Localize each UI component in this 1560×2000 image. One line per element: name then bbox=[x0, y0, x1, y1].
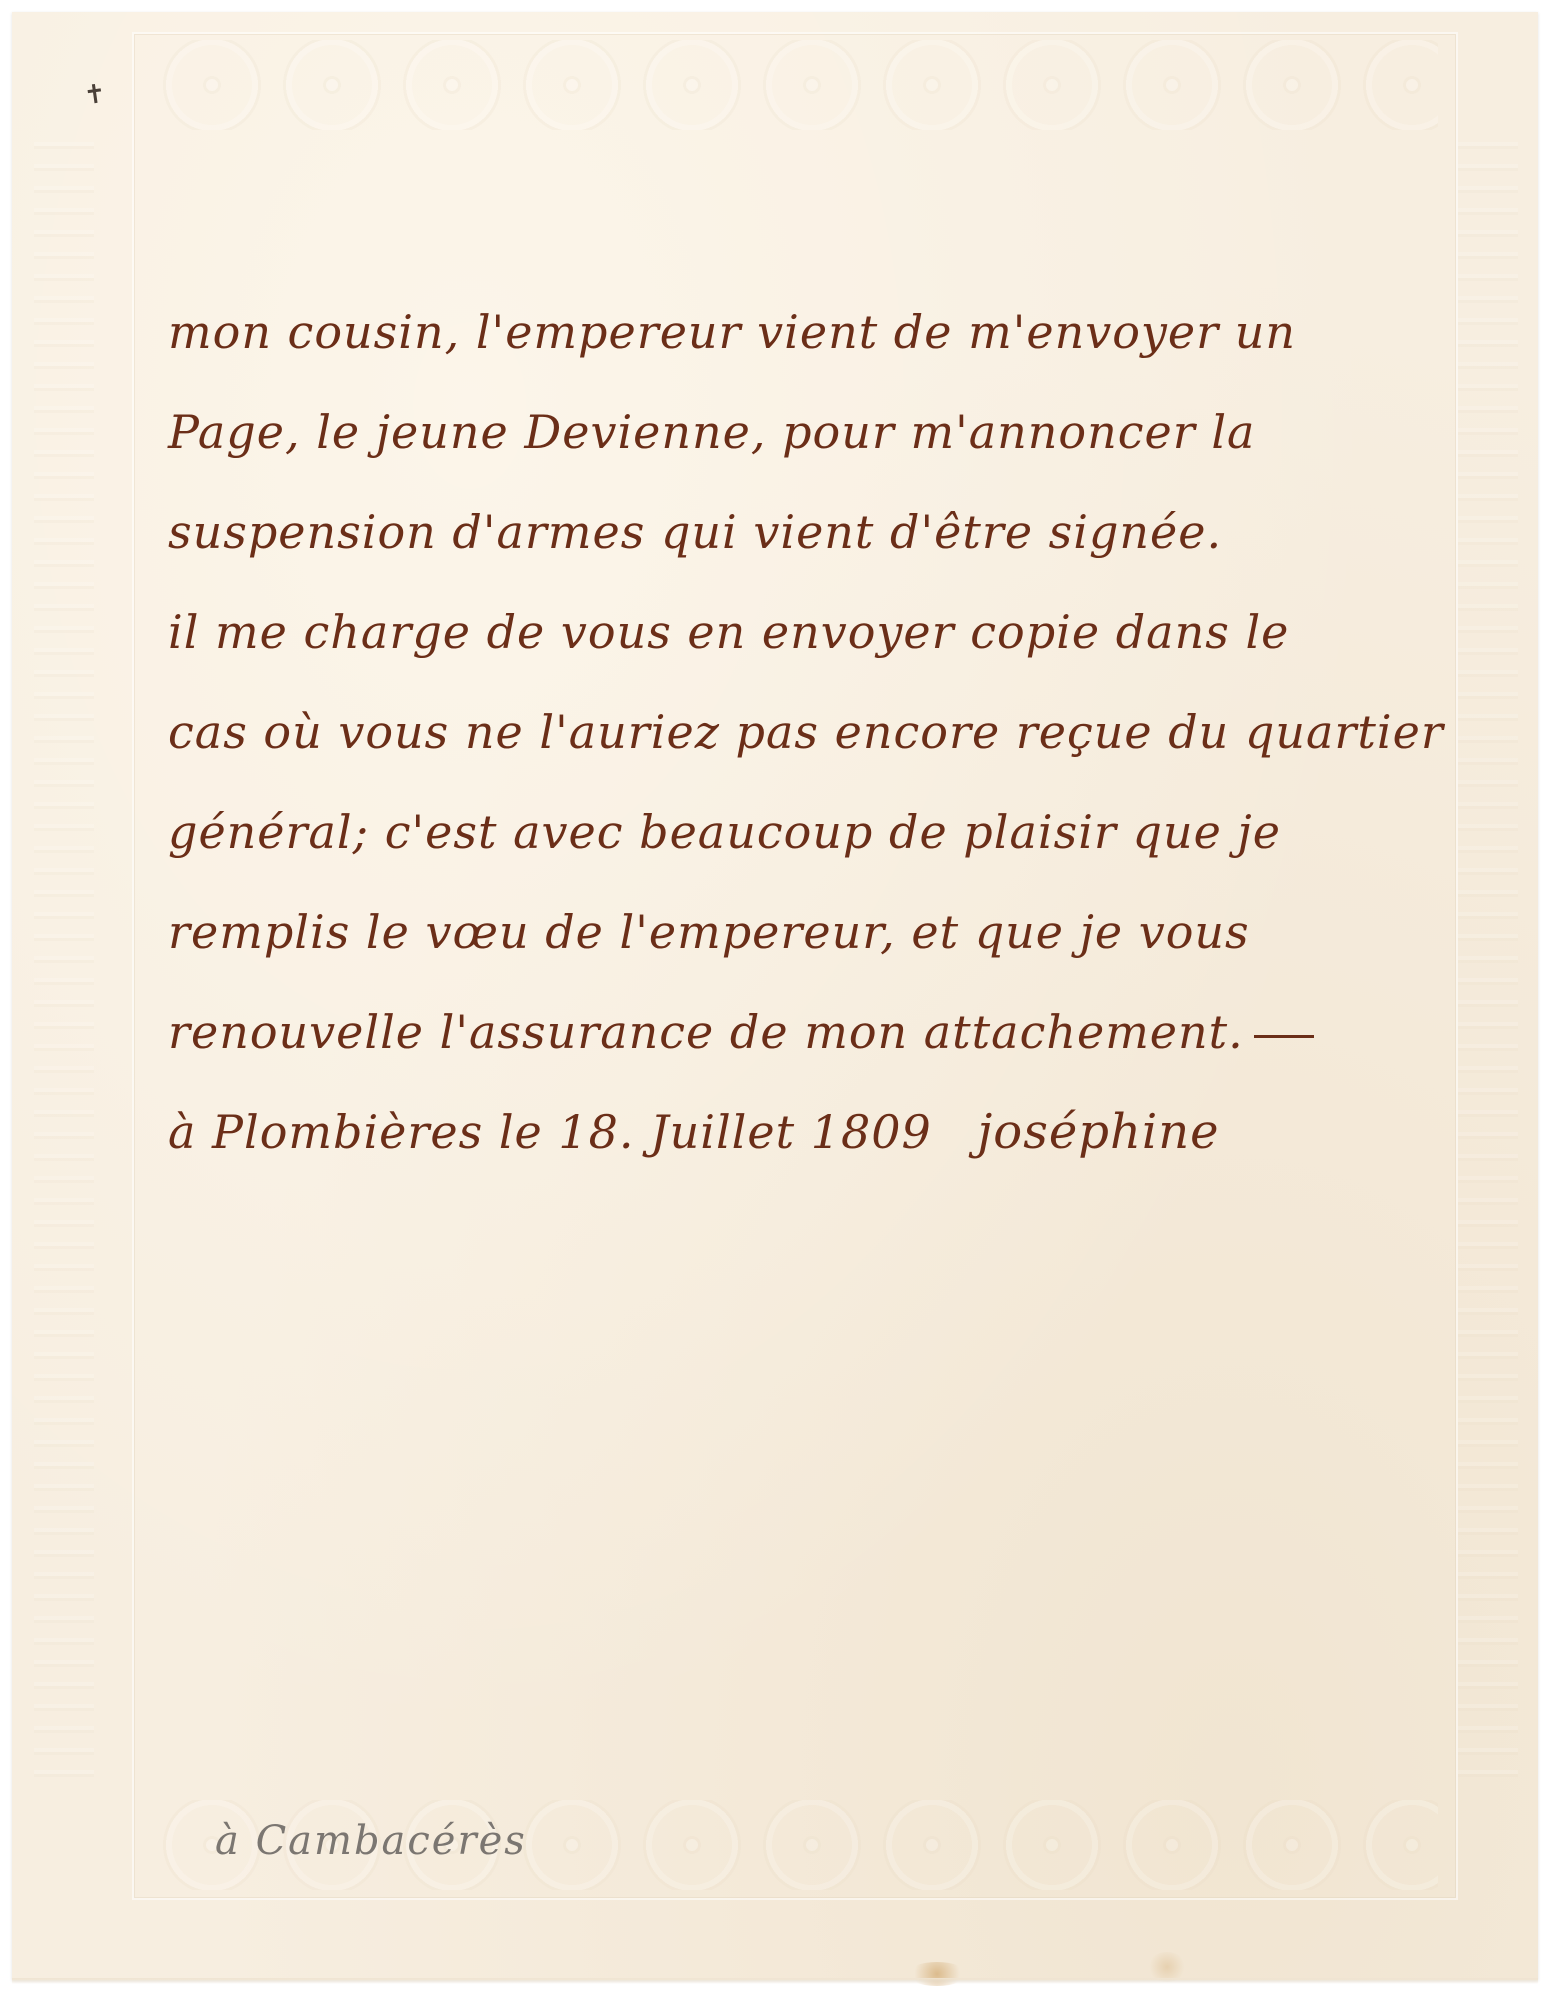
letter-line: suspension d'armes qui vient d'être sign… bbox=[168, 482, 1488, 582]
place-date: à Plombières le 18. Juillet 1809 bbox=[168, 1105, 932, 1159]
letter-line: général; c'est avec beaucoup de plaisir … bbox=[168, 782, 1488, 882]
paper-stain bbox=[907, 1962, 967, 1986]
embossed-left-ornament bbox=[34, 142, 94, 1790]
pencil-annotation: à Cambacérès bbox=[215, 1818, 527, 1864]
letter-line: mon cousin, l'empereur vient de m'envoye… bbox=[168, 282, 1488, 382]
embossed-top-ornament bbox=[152, 40, 1438, 130]
letter-line-text: cas où vous ne l'auriez pas encore reçue… bbox=[168, 705, 1444, 759]
letter-line-text: mon cousin, l'empereur vient de m'envoye… bbox=[168, 305, 1296, 359]
letter-body: mon cousin, l'empereur vient de m'envoye… bbox=[168, 282, 1488, 1182]
paper-stain bbox=[1147, 1952, 1187, 1982]
letter-line-text: il me charge de vous en envoyer copie da… bbox=[168, 605, 1289, 659]
letter-line-text: remplis le vœu de l'empereur, et que je … bbox=[168, 905, 1250, 959]
letter-line: il me charge de vous en envoyer copie da… bbox=[168, 582, 1488, 682]
letter-line: renouvelle l'assurance de mon attachemen… bbox=[168, 982, 1488, 1082]
letter-line: Page, le jeune Devienne, pour m'annoncer… bbox=[168, 382, 1488, 482]
sign-off-line: à Plombières le 18. Juillet 1809 joséphi… bbox=[168, 1082, 1488, 1182]
cross-mark-icon: ✝ bbox=[82, 79, 108, 112]
letter-line-text: Page, le jeune Devienne, pour m'annoncer… bbox=[168, 405, 1255, 459]
closing-flourish bbox=[1254, 1035, 1314, 1038]
letter-line-text: général; c'est avec beaucoup de plaisir … bbox=[168, 805, 1281, 859]
letter-line-text: renouvelle l'assurance de mon attachemen… bbox=[168, 1005, 1244, 1059]
letter-line: cas où vous ne l'auriez pas encore reçue… bbox=[168, 682, 1488, 782]
letter-line-text: suspension d'armes qui vient d'être sign… bbox=[168, 505, 1222, 559]
letter-line: remplis le vœu de l'empereur, et que je … bbox=[168, 882, 1488, 982]
signature: joséphine bbox=[977, 1104, 1219, 1160]
